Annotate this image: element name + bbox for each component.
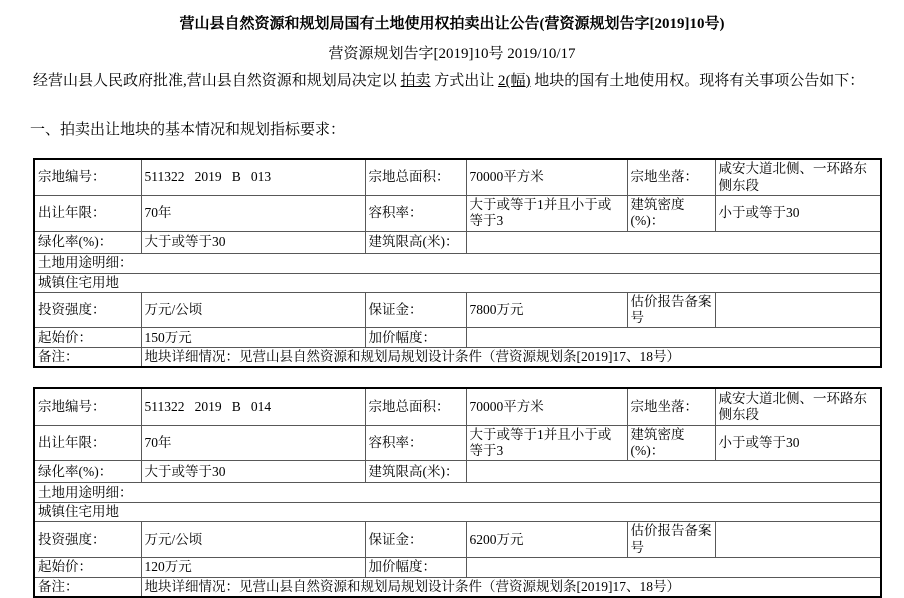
location-label: 宗地坐落： [627,388,715,425]
term-label: 出让年限： [34,196,141,231]
auction-method-underline: 拍卖 [401,73,431,89]
start-price-label: 起始价： [34,328,141,348]
term-value: 70年 [141,425,365,460]
appraisal-label: 估价报告备案号 [627,522,715,557]
location-value: 咸安大道北侧、一环路东侧东段 [715,388,881,425]
intro-text-2: 方式出让 [431,73,499,89]
building-density-label: 建筑密度(%)： [627,196,715,231]
remark-value: 地块详细情况：见营山县自然资源和规划局规划设计条件（营资源规划条[2019]17… [141,577,881,597]
building-density-label: 建筑密度(%)： [627,425,715,460]
land-use-detail-label: 土地用途明细： [34,253,881,273]
location-value: 咸安大道北侧、一环路东侧东段 [715,159,881,196]
parcel-no-label: 宗地编号： [34,388,141,425]
intro-paragraph: 经营山县人民政府批准,营山县自然资源和规划局决定以 拍卖 方式出让 2(幅) 地… [33,72,884,91]
parcel-no-value: 511322 2019 B 014 [141,388,365,425]
increment-value [466,557,881,577]
remark-label: 备注： [34,577,141,597]
remark-value: 地块详细情况：见营山县自然资源和规划局规划设计条件（营资源规划条[2019]17… [141,348,881,368]
intro-text-1: 经营山县人民政府批准,营山县自然资源和规划局决定以 [33,73,401,89]
height-limit-value [466,231,881,253]
deposit-value: 6200万元 [466,522,627,557]
increment-label: 加价幅度： [365,557,466,577]
remark-label: 备注： [34,348,141,368]
deposit-label: 保证金： [365,292,466,327]
height-limit-label: 建筑限高(米)： [365,461,466,483]
parcel-no-label: 宗地编号： [34,159,141,196]
parcel-no-value: 511322 2019 B 013 [141,159,365,196]
plot-ratio-value: 大于或等于1并且小于或等于3 [466,425,627,460]
building-density-value: 小于或等于30 [715,425,881,460]
deposit-label: 保证金： [365,522,466,557]
deposit-value: 7800万元 [466,292,627,327]
appraisal-label: 估价报告备案号 [627,292,715,327]
total-area-label: 宗地总面积： [365,388,466,425]
total-area-label: 宗地总面积： [365,159,466,196]
page-title: 营山县自然资源和规划局国有土地使用权拍卖出让公告(营资源规划告字[2019]10… [0,12,904,33]
doc-number-and-date: 营资源规划告字[2019]10号 2019/10/17 [0,42,904,63]
green-rate-label: 绿化率(%)： [34,231,141,253]
parcel-table-2: 宗地编号： 511322 2019 B 014 宗地总面积： 70000平方米 … [33,387,882,598]
appraisal-value [715,522,881,557]
start-price-label: 起始价： [34,557,141,577]
height-limit-label: 建筑限高(米)： [365,231,466,253]
increment-label: 加价幅度： [365,328,466,348]
total-area-value: 70000平方米 [466,159,627,196]
location-label: 宗地坐落： [627,159,715,196]
investment-value: 万元/公顷 [141,522,365,557]
announcement-document: 营山县自然资源和规划局国有土地使用权拍卖出让公告(营资源规划告字[2019]10… [0,0,904,598]
height-limit-value [466,461,881,483]
green-rate-value: 大于或等于30 [141,461,365,483]
parcel-count-underline: 2(幅) [498,73,531,89]
section-heading: 一、拍卖出让地块的基本情况和规划指标要求： [30,118,884,139]
intro-text-3: 地块的国有土地使用权。现将有关事项公告如下： [531,73,865,89]
start-price-value: 120万元 [141,557,365,577]
start-price-value: 150万元 [141,328,365,348]
green-rate-value: 大于或等于30 [141,231,365,253]
term-label: 出让年限： [34,425,141,460]
increment-value [466,328,881,348]
investment-value: 万元/公顷 [141,292,365,327]
plot-ratio-label: 容积率： [365,425,466,460]
building-density-value: 小于或等于30 [715,196,881,231]
total-area-value: 70000平方米 [466,388,627,425]
land-use-value: 城镇住宅用地 [34,273,881,292]
plot-ratio-label: 容积率： [365,196,466,231]
appraisal-value [715,292,881,327]
term-value: 70年 [141,196,365,231]
plot-ratio-value: 大于或等于1并且小于或等于3 [466,196,627,231]
parcel-table-1: 宗地编号： 511322 2019 B 013 宗地总面积： 70000平方米 … [33,158,882,369]
land-use-detail-label: 土地用途明细： [34,483,881,503]
land-use-value: 城镇住宅用地 [34,503,881,522]
investment-label: 投资强度： [34,292,141,327]
green-rate-label: 绿化率(%)： [34,461,141,483]
investment-label: 投资强度： [34,522,141,557]
